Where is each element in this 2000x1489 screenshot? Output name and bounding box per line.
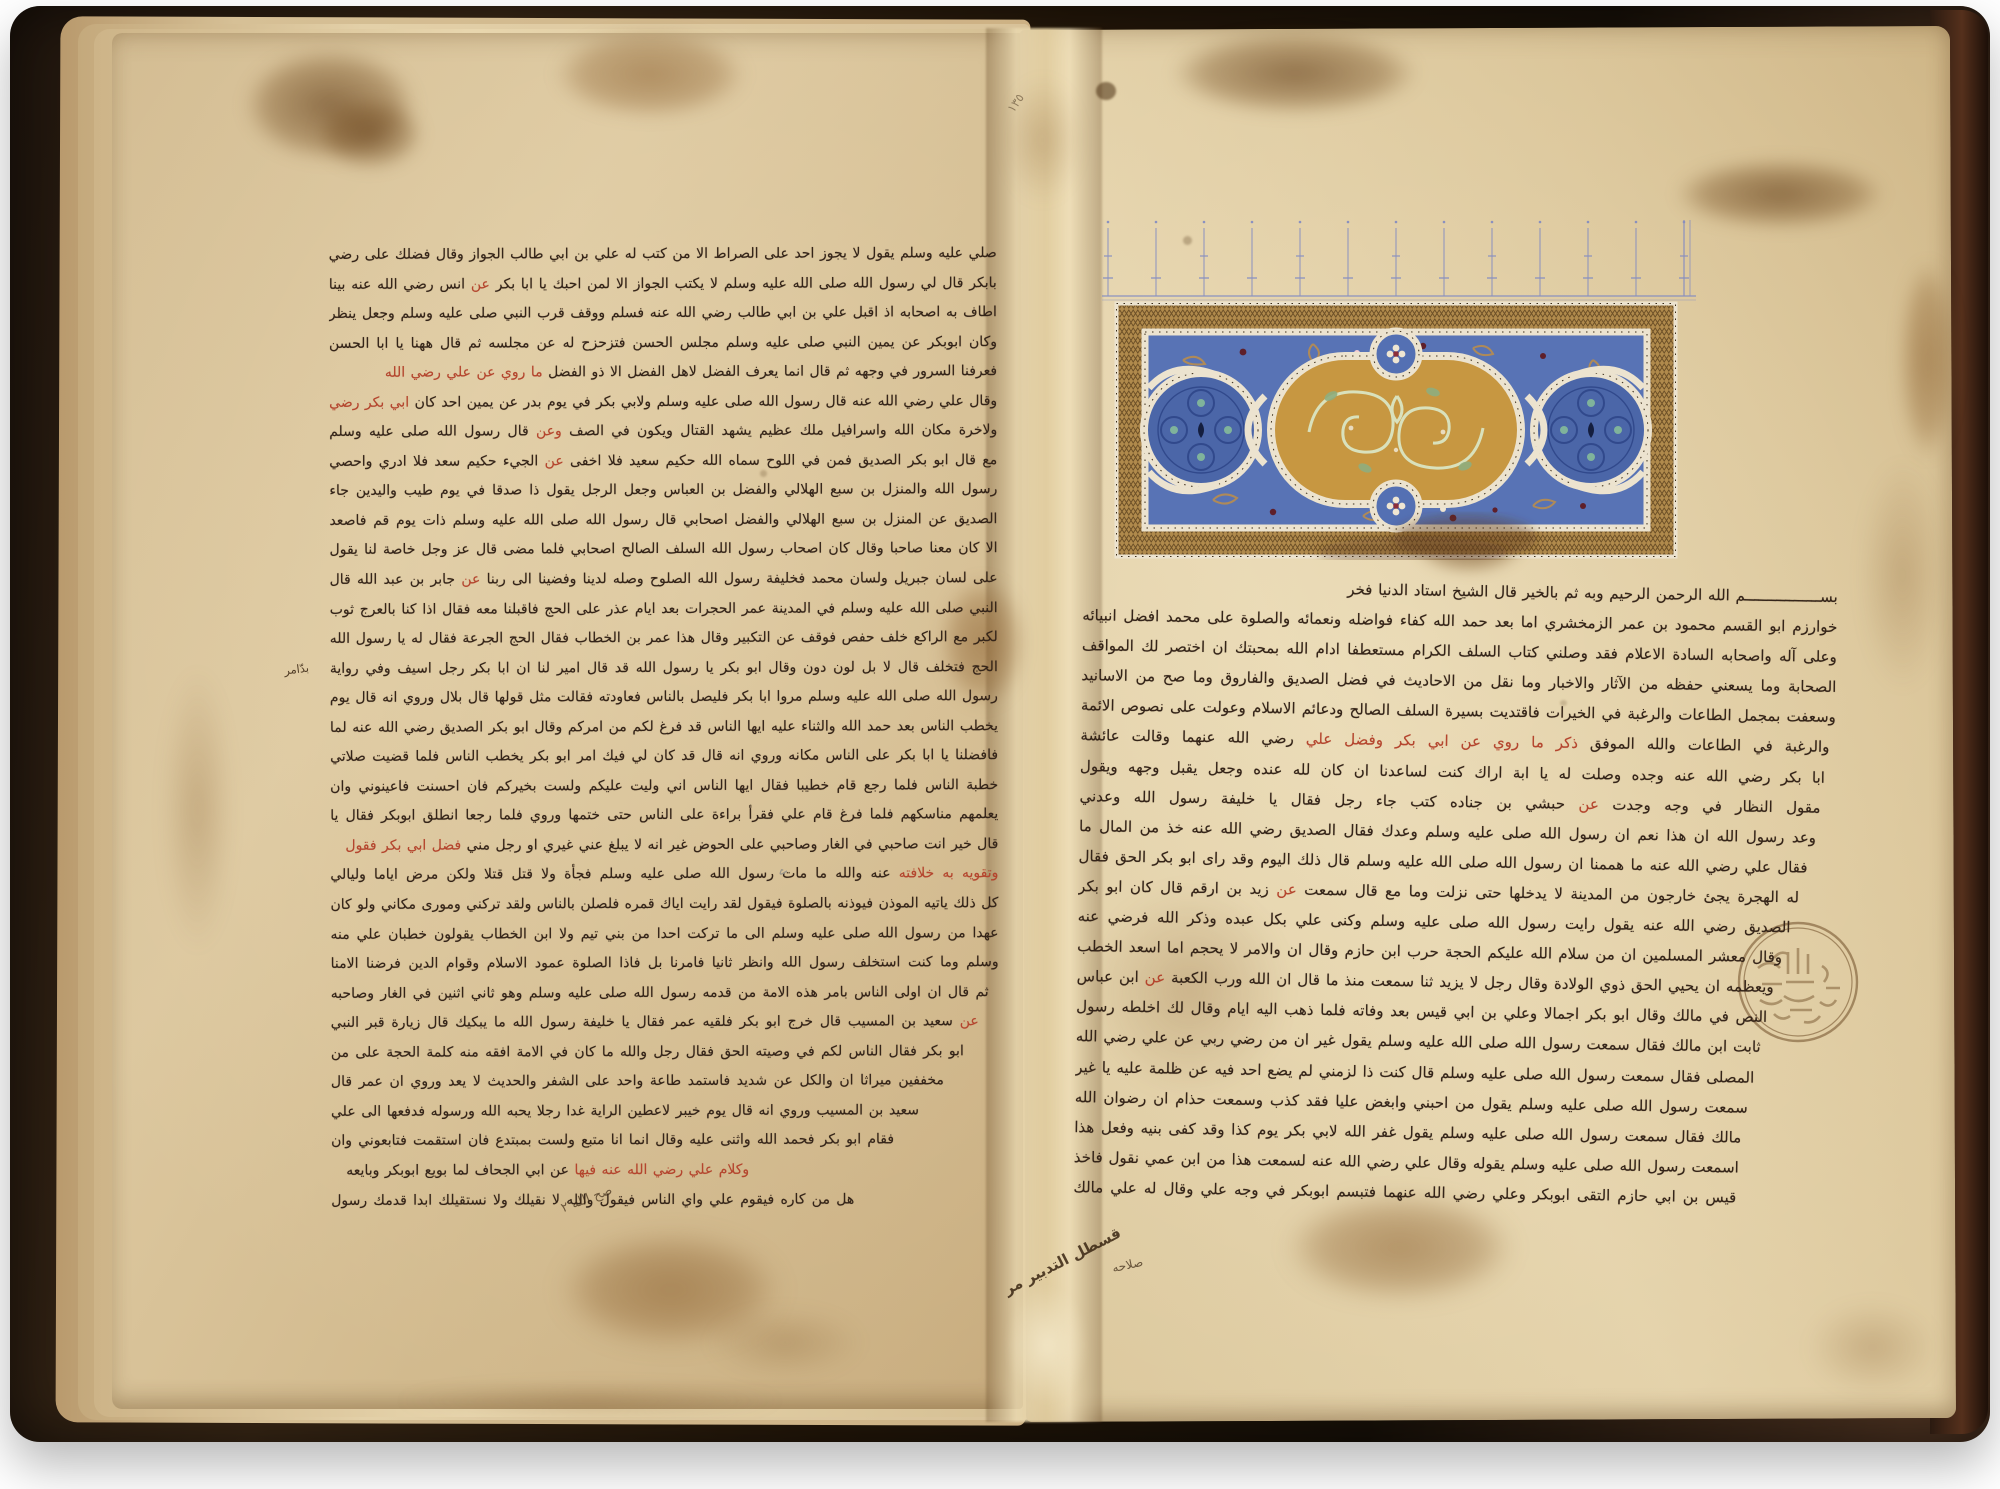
rubric-red-text: عن (953, 1013, 979, 1029)
rubric-red-text: عن (1565, 794, 1613, 813)
body-text: الجيء حكيم سعد فلا ادري واحصي (329, 453, 538, 470)
illuminated-headpiece (1113, 300, 1679, 560)
body-text: صلي عليه وسلم يقول لا يجوز احد على الصرا… (329, 245, 997, 270)
body-text: قال خير انت صاحبي في الغار وصاحبي على ال… (467, 836, 999, 853)
body-text: مخففين ميراثا ان والكل عن شديد فاستمد طا… (331, 1073, 944, 1098)
manuscript-line: ولاخرة مكان الله واسرافيل ملك عظيم يشهد … (329, 416, 997, 447)
body-text: رسول الله والمنزل بن سبع الهلالي والفضل … (329, 482, 997, 507)
manuscript-line: الصديق عن المنزل بن سبع الهلالي والفضل ا… (329, 505, 997, 536)
manuscript-line: خطبة الناس فلما رجع قام خطيبا فقال ايها … (330, 771, 998, 802)
ink-spot (1096, 82, 1116, 100)
headpiece-side-medallion-left (1144, 373, 1258, 487)
manuscript-line: مع قال ابو بكر الصديق فمن في اللوح سماه … (329, 446, 997, 477)
manuscript-line: مخففين ميراثا ان والكل عن شديد فاستمد طا… (331, 1066, 999, 1097)
manuscript-line: يعلمهم مناسكهم فلما فرغ قام علي فقرأ برا… (330, 801, 998, 832)
body-text: الصديق عن المنزل بن سبع الهلالي والفضل ا… (329, 511, 997, 536)
body-text: حبشي بن جناده كتب جاء رجل فقال يا خليفة … (1079, 787, 1565, 813)
body-text: بابكر قال لي رسول الله صلى الله عليه وسل… (496, 275, 997, 292)
manuscript-line: وقال علي رضي الله عنه قال رسول الله صلى … (329, 387, 997, 418)
manuscript-line: كل ذلك ياتيه الموذن فيوذنه بالصلوة فيقول… (330, 889, 998, 920)
manuscript-line: رسول الله صلى الله عليه وسلم مروا ابا بك… (330, 682, 998, 713)
body-text: بســـــــــــــــــم الله الرحمن الرحيم … (1347, 580, 1838, 606)
rubric-red-text: ما روي عن علي رضي الله (385, 364, 548, 380)
manuscript-line: وكلام علي رضي الله عنه فيها عن ابي الجحا… (331, 1155, 999, 1186)
rubric-red-text: ذكر ما روي عن ابي بكر وفضل علي (1294, 730, 1590, 753)
body-text: ابو بكر فقال الناس لكم في وصيته الحق فقا… (331, 1043, 964, 1068)
manuscript-line: وكان ابوبكر عن يمين النبي صلى عليه وسلم … (329, 328, 997, 359)
body-text: رضي الله عنهما وقالت عائشة (1080, 727, 1294, 748)
manuscript-line: على لسان جبريل ولسان محمد فخليفة رسول ال… (330, 564, 998, 595)
rubric-red-text: وكلام علي رضي الله عنه فيها (569, 1162, 749, 1178)
headpiece-side-medallion-right (1534, 373, 1648, 487)
manuscript-line: اطاف به اصحابه اذ اقبل علي بن ابي طالب ر… (329, 298, 997, 329)
manuscript-line: ابو بكر فقال الناس لكم في وصيته الحق فقا… (331, 1037, 999, 1068)
headpiece-strap-circle-top (1373, 331, 1419, 377)
manuscript-line: رسول الله والمنزل بن سبع الهلالي والفضل … (329, 476, 997, 507)
manuscript-photo: صلي عليه وسلم يقول لا يجوز احد على الصرا… (0, 0, 2000, 1489)
left-text-block: صلي عليه وسلم يقول لا يجوز احد على الصرا… (329, 239, 1000, 1221)
body-text: ويعظمه ان يحيي الحق ذوي الولادة وقال رجل… (1171, 969, 1774, 996)
manuscript-line: لكبر مع الراكع خلف حفص فوقف عن التكبير و… (330, 623, 998, 654)
body-text: النبي صلى الله عليه وسلم في المدينة عمر … (330, 600, 998, 625)
manuscript-line: فافضلنا يا ابا بكر على الناس مكانه وروي … (330, 741, 998, 772)
manuscript-line: فقام ابو بكر فحمد الله واثنى عليه وقال ا… (331, 1126, 999, 1157)
manuscript-line: وتقويه به خلافته عنه والله ما مات رسول ا… (330, 860, 998, 891)
body-text: قيس بن ابي حازم التقى ابوبكر وعلي رضي ال… (1073, 1178, 1736, 1214)
manuscript-line: قال خير انت صاحبي في الغار وصاحبي على ال… (330, 830, 998, 861)
body-text: على لسان جبريل ولسان محمد فخليفة رسول ال… (487, 570, 998, 587)
rubric-red-text: عن (455, 571, 487, 587)
manuscript-line: النبي صلى الله عليه وسلم في المدينة عمر … (330, 594, 998, 625)
body-text: الحج فتخلف قال لا بل لون دون وقال ابو بك… (330, 659, 998, 684)
body-text: يخطب الناس بعد حمد الله والثناء عليه ايه… (330, 718, 998, 743)
manuscript-line: بابكر قال لي رسول الله صلى الله عليه وسل… (329, 269, 997, 300)
body-text: اطاف به اصحابه اذ اقبل علي بن ابي طالب ر… (329, 304, 997, 329)
body-text: وسلم وما كنت استخلف رسول الله وانظر ثاني… (331, 954, 999, 972)
body-text: فافضلنا يا ابا بكر على الناس مكانه وروي … (330, 747, 998, 772)
body-text: ثم قال ان اولى الناس بامر هذه الامة من ق… (331, 984, 989, 1009)
body-text: وكان ابوبكر عن يمين النبي صلى عليه وسلم … (329, 334, 997, 359)
body-text: سعيد بن المسيب وروي انه قال يوم خيبر لاع… (331, 1102, 919, 1127)
body-text: فقام ابو بكر فحمد الله واثنى عليه وقال ا… (331, 1132, 894, 1157)
body-text: الا كان معنا صاحبا وقال كان اصحاب رسول ا… (330, 541, 998, 566)
manuscript-line: صلي عليه وسلم يقول لا يجوز احد على الصرا… (329, 239, 997, 270)
rubric-red-text: عن (538, 453, 570, 469)
manuscript-line: سعيد بن المسيب وروي انه قال يوم خيبر لاع… (331, 1096, 999, 1127)
body-text: مقول النظار في وجه وجدت (1612, 795, 1820, 816)
manuscript-line: هل من كاره فيقوم علي واي الناس فيقول وال… (331, 1185, 999, 1216)
body-text: فعرفنا السرور في وجهه ثم قال انما يعرف ا… (548, 363, 997, 380)
manuscript-line: ثم قال ان اولى الناس بامر هذه الامة من ق… (331, 978, 999, 1009)
manuscript-line: وسلم وما كنت استخلف رسول الله وانظر ثاني… (331, 948, 999, 979)
manuscript-line: الحج فتخلف قال لا بل لون دون وقال ابو بك… (330, 653, 998, 684)
right-text-block: بســـــــــــــــــم الله الرحمن الرحيم … (1073, 570, 1838, 1222)
body-text: كل ذلك ياتيه الموذن فيوذنه بالصلوة فيقول… (330, 895, 998, 913)
headpiece-strap-circle-bottom (1373, 483, 1419, 529)
manuscript-line: عن سعيد بن المسيب قال خرج ابو بكر فلقيه … (331, 1007, 999, 1038)
manuscript-line: الا كان معنا صاحبا وقال كان اصحاب رسول ا… (329, 535, 997, 566)
body-text: يعلمهم مناسكهم فلما فرغ قام علي فقرأ برا… (330, 807, 998, 832)
manuscript-line: يخطب الناس بعد حمد الله والثناء عليه ايه… (330, 712, 998, 743)
body-text: مع قال ابو بكر الصديق فمن في اللوح سماه … (570, 452, 997, 469)
manuscript-line: عهدا من رسول الله صلى عليه وسلم الى ما ت… (330, 919, 998, 950)
rubric-red-text: وتقويه به خلافته (891, 866, 999, 882)
body-text: سعيد بن المسيب قال خرج ابو بكر فلقيه عمر… (331, 1013, 979, 1038)
rubric-red-text: عن (465, 276, 496, 292)
rubric-red-text: وعن (529, 424, 570, 440)
body-text: عهدا من رسول الله صلى عليه وسلم الى ما ت… (331, 925, 999, 950)
body-text: زيد بن ارقم قال كان ابو بكر (1078, 877, 1269, 898)
manuscript-line: فعرفنا السرور في وجهه ثم قال انما يعرف ا… (329, 357, 997, 388)
body-text: وقال علي رضي الله عنه قال رسول الله صلى … (415, 393, 998, 411)
rubric-red-text: عن (1269, 880, 1305, 899)
body-text: ولاخرة مكان الله واسرافيل ملك عظيم يشهد … (569, 422, 997, 439)
blue-ruling-ticks (1100, 216, 1700, 308)
rubric-red-text: عن (1139, 968, 1172, 987)
body-text: له الهجرة يجئ خارجون من المدينة لا يدخله… (1304, 881, 1799, 907)
body-text: خطبة الناس فلما رجع قام خطيبا فقال ايها … (330, 777, 998, 802)
body-text: لكبر مع الراكع خلف حفص فوقف عن التكبير و… (330, 629, 998, 654)
body-text: والرغبة في الطاعات والله الموفق (1590, 735, 1830, 757)
body-text: رسول الله صلى الله عليه وسلم مروا ابا بك… (330, 688, 998, 713)
body-text: عنه والله ما مات رسول الله صلى عليه وسلم… (330, 866, 890, 883)
